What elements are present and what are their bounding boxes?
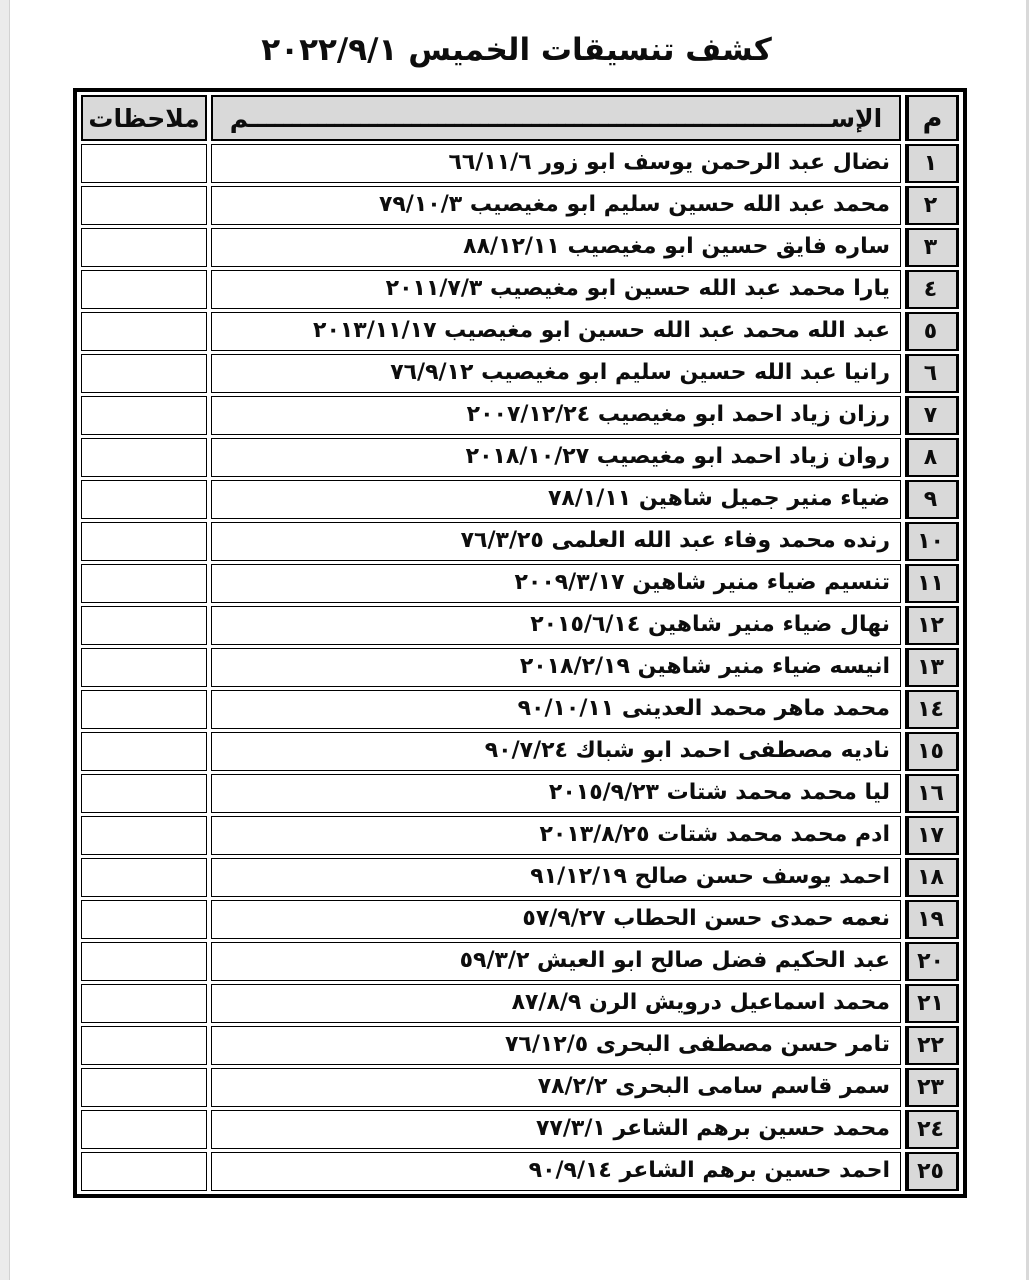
row-number: ٢٤ (905, 1110, 959, 1149)
row-notes (81, 228, 207, 267)
row-notes (81, 396, 207, 435)
document-title: كشف تنسيقات الخميس ٢٠٢٢/٩/١ (0, 32, 1033, 68)
row-number: ١٥ (905, 732, 959, 771)
row-notes (81, 480, 207, 519)
table-row: ٤يارا محمد عبد الله حسين ابو مغيصيب ٢٠١١… (81, 270, 959, 309)
table-row: ٥عبد الله محمد عبد الله حسين ابو مغيصيب … (81, 312, 959, 351)
row-notes (81, 186, 207, 225)
table-row: ١٥ناديه مصطفى احمد ابو شباك ٩٠/٧/٢٤ (81, 732, 959, 771)
row-notes (81, 354, 207, 393)
name-column-header: الإســــــــــــــــــــــــــــــــــــ… (211, 95, 901, 141)
row-name: محمد حسين برهم الشاعر ٧٧/٣/١ (211, 1110, 901, 1149)
row-number: ٦ (905, 354, 959, 393)
row-number: ١٢ (905, 606, 959, 645)
row-name: نعمه حمدى حسن الحطاب ٥٧/٩/٢٧ (211, 900, 901, 939)
row-notes (81, 774, 207, 813)
table-row: ٣ساره فايق حسين ابو مغيصيب ٨٨/١٢/١١ (81, 228, 959, 267)
table-body: ١نضال عبد الرحمن يوسف ابو زور ٦٦/١١/٦٢مح… (81, 144, 959, 1191)
table-row: ٧رزان زياد احمد ابو مغيصيب ٢٠٠٧/١٢/٢٤ (81, 396, 959, 435)
row-name: ليا محمد محمد شتات ٢٠١٥/٩/٢٣ (211, 774, 901, 813)
coordination-roster-table: م الإســــــــــــــــــــــــــــــــــ… (73, 88, 967, 1198)
row-name: ادم محمد محمد شتات ٢٠١٣/٨/٢٥ (211, 816, 901, 855)
row-name: تامر حسن مصطفى البحرى ٧٦/١٢/٥ (211, 1026, 901, 1065)
row-notes (81, 522, 207, 561)
row-name: محمد ماهر محمد العدينى ٩٠/١٠/١١ (211, 690, 901, 729)
row-number: ٥ (905, 312, 959, 351)
table-row: ١٩نعمه حمدى حسن الحطاب ٥٧/٩/٢٧ (81, 900, 959, 939)
row-name: احمد يوسف حسن صالح ٩١/١٢/١٩ (211, 858, 901, 897)
row-notes (81, 312, 207, 351)
row-name: نهال ضياء منير شاهين ٢٠١٥/٦/١٤ (211, 606, 901, 645)
row-number: ٤ (905, 270, 959, 309)
notes-column-header: ملاحظات (81, 95, 207, 141)
row-number: ٢٠ (905, 942, 959, 981)
row-number: ٢٥ (905, 1152, 959, 1191)
row-notes (81, 270, 207, 309)
row-notes (81, 984, 207, 1023)
row-name: تنسيم ضياء منير شاهين ٢٠٠٩/٣/١٧ (211, 564, 901, 603)
row-name: انيسه ضياء منير شاهين ٢٠١٨/٢/١٩ (211, 648, 901, 687)
number-column-header: م (905, 95, 959, 141)
row-number: ٢٣ (905, 1068, 959, 1107)
row-notes (81, 690, 207, 729)
row-number: ١ (905, 144, 959, 183)
row-notes (81, 438, 207, 477)
row-number: ١٧ (905, 816, 959, 855)
row-number: ٨ (905, 438, 959, 477)
table-row: ١٢نهال ضياء منير شاهين ٢٠١٥/٦/١٤ (81, 606, 959, 645)
row-number: ١٨ (905, 858, 959, 897)
row-notes (81, 648, 207, 687)
table-row: ٦رانيا عبد الله حسين سليم ابو مغيصيب ٧٦/… (81, 354, 959, 393)
row-notes (81, 858, 207, 897)
row-number: ٢١ (905, 984, 959, 1023)
row-name: عبد الله محمد عبد الله حسين ابو مغيصيب ٢… (211, 312, 901, 351)
row-notes (81, 144, 207, 183)
row-number: ١٣ (905, 648, 959, 687)
document-page: { "page": { "title": "كشف تنسيقات الخميس… (0, 0, 1033, 1280)
table-row: ٢محمد عبد الله حسين سليم ابو مغيصيب ٧٩/١… (81, 186, 959, 225)
table-row: ٢٠عبد الحكيم فضل صالح ابو العيش ٥٩/٣/٢ (81, 942, 959, 981)
table-row: ١٤محمد ماهر محمد العدينى ٩٠/١٠/١١ (81, 690, 959, 729)
row-notes (81, 942, 207, 981)
row-name: احمد حسين برهم الشاعر ٩٠/٩/١٤ (211, 1152, 901, 1191)
row-notes (81, 1026, 207, 1065)
row-notes (81, 1152, 207, 1191)
table-row: ٢١محمد اسماعيل درويش الرن ٨٧/٨/٩ (81, 984, 959, 1023)
roster-table-container: م الإســــــــــــــــــــــــــــــــــ… (73, 88, 967, 1198)
table-row: ٢٢تامر حسن مصطفى البحرى ٧٦/١٢/٥ (81, 1026, 959, 1065)
row-name: رنده محمد وفاء عبد الله العلمى ٧٦/٣/٢٥ (211, 522, 901, 561)
table-row: ١٧ادم محمد محمد شتات ٢٠١٣/٨/٢٥ (81, 816, 959, 855)
page-edge-left (0, 0, 10, 1280)
table-row: ١٨احمد يوسف حسن صالح ٩١/١٢/١٩ (81, 858, 959, 897)
row-number: ١٩ (905, 900, 959, 939)
row-notes (81, 816, 207, 855)
row-number: ١١ (905, 564, 959, 603)
row-name: يارا محمد عبد الله حسين ابو مغيصيب ٢٠١١/… (211, 270, 901, 309)
row-number: ١٠ (905, 522, 959, 561)
page-edge-right (1026, 0, 1029, 1280)
row-name: عبد الحكيم فضل صالح ابو العيش ٥٩/٣/٢ (211, 942, 901, 981)
table-row: ١٦ليا محمد محمد شتات ٢٠١٥/٩/٢٣ (81, 774, 959, 813)
row-name: سمر قاسم سامى البحرى ٧٨/٢/٢ (211, 1068, 901, 1107)
row-number: ٩ (905, 480, 959, 519)
row-notes (81, 1110, 207, 1149)
row-notes (81, 1068, 207, 1107)
table-row: ١١تنسيم ضياء منير شاهين ٢٠٠٩/٣/١٧ (81, 564, 959, 603)
table-row: ٢٥احمد حسين برهم الشاعر ٩٠/٩/١٤ (81, 1152, 959, 1191)
row-notes (81, 564, 207, 603)
row-number: ١٤ (905, 690, 959, 729)
table-row: ٢٤محمد حسين برهم الشاعر ٧٧/٣/١ (81, 1110, 959, 1149)
row-name: ساره فايق حسين ابو مغيصيب ٨٨/١٢/١١ (211, 228, 901, 267)
row-name: ناديه مصطفى احمد ابو شباك ٩٠/٧/٢٤ (211, 732, 901, 771)
table-row: ١٣انيسه ضياء منير شاهين ٢٠١٨/٢/١٩ (81, 648, 959, 687)
row-number: ١٦ (905, 774, 959, 813)
table-row: ١٠رنده محمد وفاء عبد الله العلمى ٧٦/٣/٢٥ (81, 522, 959, 561)
row-name: محمد عبد الله حسين سليم ابو مغيصيب ٧٩/١٠… (211, 186, 901, 225)
table-row: ٨روان زياد احمد ابو مغيصيب ٢٠١٨/١٠/٢٧ (81, 438, 959, 477)
table-row: ٢٣سمر قاسم سامى البحرى ٧٨/٢/٢ (81, 1068, 959, 1107)
row-number: ٣ (905, 228, 959, 267)
header-row: م الإســــــــــــــــــــــــــــــــــ… (81, 95, 959, 141)
table-row: ١نضال عبد الرحمن يوسف ابو زور ٦٦/١١/٦ (81, 144, 959, 183)
row-number: ٢٢ (905, 1026, 959, 1065)
row-name: رزان زياد احمد ابو مغيصيب ٢٠٠٧/١٢/٢٤ (211, 396, 901, 435)
row-notes (81, 606, 207, 645)
row-name: نضال عبد الرحمن يوسف ابو زور ٦٦/١١/٦ (211, 144, 901, 183)
row-number: ٢ (905, 186, 959, 225)
row-notes (81, 732, 207, 771)
table-row: ٩ضياء منير جميل شاهين ٧٨/١/١١ (81, 480, 959, 519)
row-notes (81, 900, 207, 939)
row-number: ٧ (905, 396, 959, 435)
row-name: محمد اسماعيل درويش الرن ٨٧/٨/٩ (211, 984, 901, 1023)
row-name: ضياء منير جميل شاهين ٧٨/١/١١ (211, 480, 901, 519)
row-name: روان زياد احمد ابو مغيصيب ٢٠١٨/١٠/٢٧ (211, 438, 901, 477)
row-name: رانيا عبد الله حسين سليم ابو مغيصيب ٧٦/٩… (211, 354, 901, 393)
